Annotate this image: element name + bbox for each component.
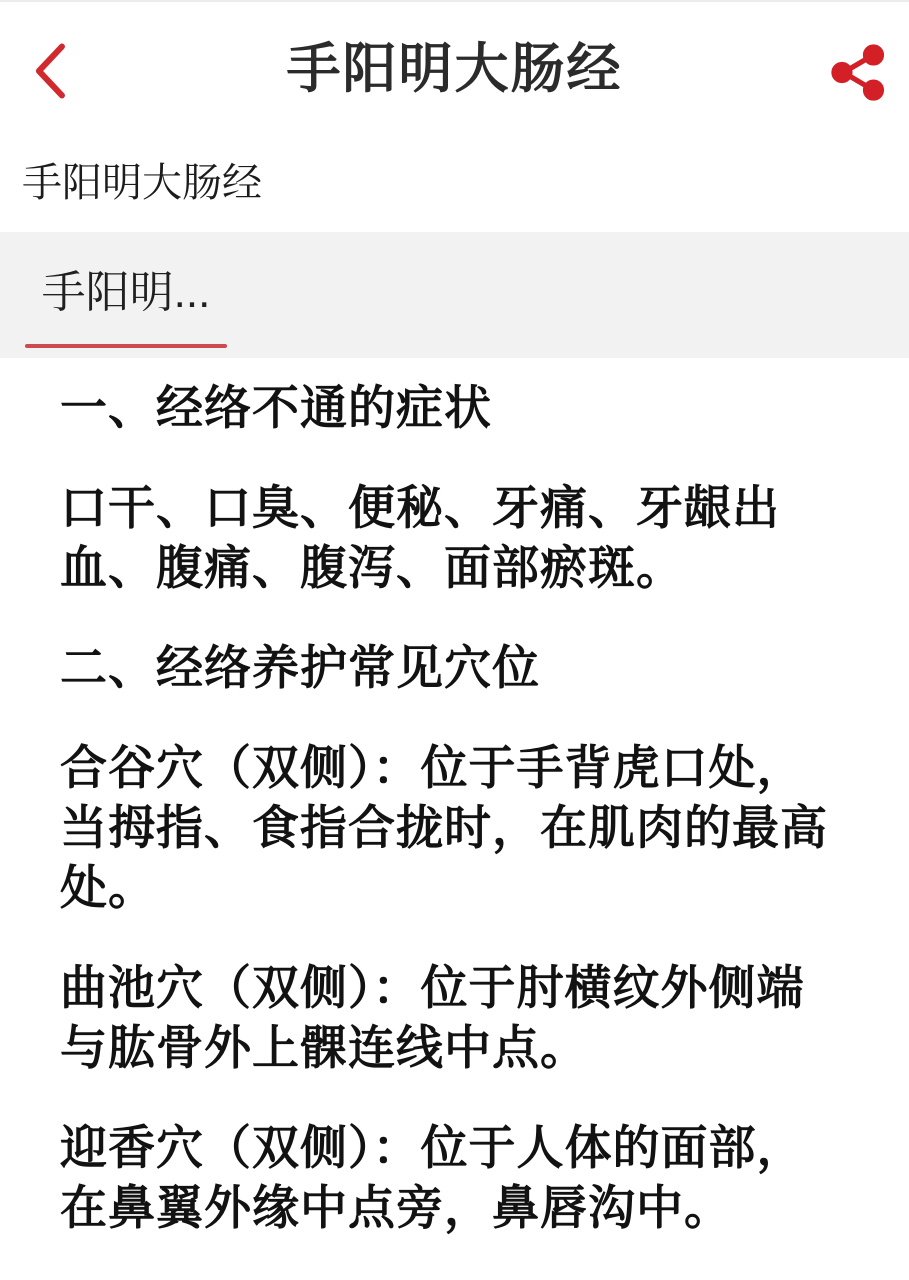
acupoint-paragraph-yingxiang: 迎香穴（双侧）：位于人体的面部，在鼻翼外缘中点旁，鼻唇沟中。 (60, 1118, 847, 1238)
app-screen: 手阳明大肠经 手阳明大肠经 手阳明... (0, 0, 909, 1280)
tab-label: 手阳明... (42, 266, 211, 320)
tab-active-underline (25, 344, 227, 348)
tab-item-shouyangming[interactable]: 手阳明... (25, 266, 227, 348)
top-nav-bar: 手阳明大肠经 (0, 2, 909, 132)
share-button[interactable] (821, 34, 897, 110)
acupoint-paragraph-hegu: 合谷穴（双侧）：位于手背虎口处，当拇指、食指合拢时，在肌肉的最高处。 (60, 738, 847, 918)
page-title: 手阳明大肠经 (0, 2, 909, 132)
section1-paragraph: 口干、口臭、便秘、牙痛、牙龈出血、腹痛、腹泻、面部瘀斑。 (60, 478, 847, 598)
section1-heading: 一、经络不通的症状 (60, 378, 847, 438)
share-icon (828, 41, 890, 103)
article-body: 一、经络不通的症状 口干、口臭、便秘、牙痛、牙龈出血、腹痛、腹泻、面部瘀斑。 二… (0, 358, 909, 1268)
section2-heading: 二、经络养护常见穴位 (60, 638, 847, 698)
tab-bar: 手阳明... (0, 232, 909, 358)
acupoint-paragraph-quchi: 曲池穴（双侧）：位于肘横纹外侧端与肱骨外上髁连线中点。 (60, 958, 847, 1078)
article-title: 手阳明大肠经 (0, 132, 909, 232)
